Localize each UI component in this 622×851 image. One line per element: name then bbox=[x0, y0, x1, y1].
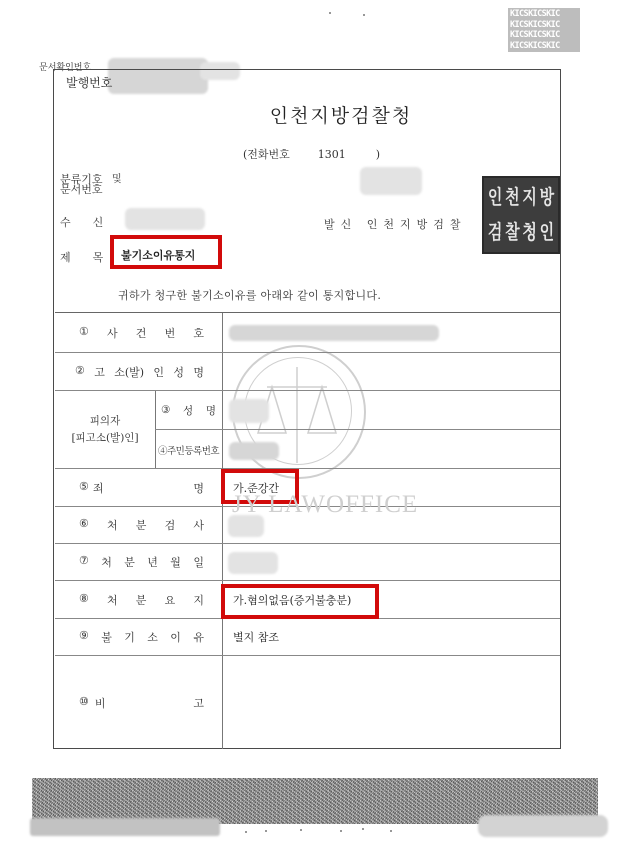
notice-table: ① 사 건 번 호 ② 고 소(발) 인 성 명 피의자 [피고소(발)인] ③ bbox=[55, 312, 560, 748]
row-label-char: 명 bbox=[193, 364, 204, 380]
row-label-char: 고 bbox=[193, 695, 204, 711]
row-label-char: ⑥ bbox=[79, 517, 89, 533]
column-divider bbox=[222, 391, 223, 429]
recipient-label-char: 신 bbox=[93, 216, 104, 229]
row-label-char: 년 bbox=[147, 554, 158, 570]
column-divider bbox=[222, 656, 223, 749]
phone-number: 1301 bbox=[318, 148, 346, 161]
scan-speck bbox=[390, 830, 392, 832]
row-label: ⑨ 불 기 소 이 유 bbox=[55, 619, 222, 655]
row-label-char: 비 bbox=[95, 695, 106, 711]
seal-char: 검 bbox=[487, 210, 503, 254]
scan-speck bbox=[363, 14, 365, 16]
scan-speck bbox=[300, 829, 302, 831]
table-row-disposition-summary: ⑧ 처 분 요 지 가.혐의없음(증거불충분) bbox=[55, 581, 560, 619]
table-row-complainant-name: ② 고 소(발) 인 성 명 bbox=[55, 353, 560, 391]
row-label-char: 분 bbox=[136, 592, 147, 608]
row-label-char: ① bbox=[79, 325, 89, 341]
row-label-char: 고 bbox=[94, 364, 105, 380]
suspect-label-line1: 피의자 bbox=[90, 413, 120, 430]
redacted-classification-number bbox=[360, 167, 422, 195]
row-label-char: 처 bbox=[107, 517, 118, 533]
column-divider bbox=[222, 430, 223, 469]
row-label: ⑥ 처 분 검 사 bbox=[55, 507, 222, 543]
row-label-char: ⑧ bbox=[79, 592, 89, 608]
classification-label-line2: 문서번호 bbox=[60, 185, 103, 195]
subject-label-char: 제 bbox=[60, 251, 71, 264]
row-label-char: 죄 bbox=[93, 480, 104, 496]
row-label: ⑤ 죄 명 bbox=[55, 469, 222, 506]
seal-char: 찰 bbox=[504, 210, 520, 254]
table-row-suspect: 피의자 [피고소(발)인] ③ 성 명 ④주민등록번호 bbox=[55, 391, 560, 469]
redacted-id-number bbox=[229, 442, 279, 460]
table-row-non-prosecution-reason: ⑨ 불 기 소 이 유 별지 참조 bbox=[55, 619, 560, 656]
recipient-label-char: 수 bbox=[60, 216, 71, 229]
column-divider bbox=[222, 619, 223, 655]
row-label-char: ③ bbox=[161, 404, 170, 416]
seal-char: 청 bbox=[522, 210, 538, 254]
column-divider bbox=[222, 313, 223, 352]
row-label-char: 명 bbox=[193, 480, 204, 496]
row-label-char: ⑩ bbox=[79, 695, 89, 711]
suspect-sub-row-id-number: ④주민등록번호 bbox=[155, 430, 560, 469]
row-label-char: 분 bbox=[124, 554, 135, 570]
row-label-char: 요 bbox=[165, 592, 176, 608]
row-label-char: 호 bbox=[193, 325, 204, 341]
row-label: ⑦ 처 분 년 월 일 bbox=[55, 544, 222, 580]
row-label-char: 성 bbox=[173, 364, 184, 380]
row-label-char: 검 bbox=[165, 517, 176, 533]
suspect-group-label: 피의자 [피고소(발)인] bbox=[55, 391, 156, 468]
disposition-highlight-box bbox=[221, 584, 379, 619]
scan-speck bbox=[245, 831, 247, 833]
row-label-char: 월 bbox=[170, 554, 181, 570]
subject-label: 제목 bbox=[60, 249, 103, 265]
row-label: ② 고 소(발) 인 성 명 bbox=[55, 353, 222, 390]
scan-speck bbox=[329, 12, 331, 14]
row-label: ⑧ 처 분 요 지 bbox=[55, 581, 222, 618]
row-label-char: 사 bbox=[107, 325, 118, 341]
phone-number-line: (전화번호1301) bbox=[243, 146, 380, 162]
scan-speck bbox=[362, 828, 364, 830]
redacted-suspect-name bbox=[229, 399, 269, 423]
column-divider bbox=[222, 507, 223, 543]
row-label-char: ⑤ bbox=[79, 480, 89, 496]
kics-watermark: KICSKICSKIC KICSKICSKIC KICSKICSKIC KICS… bbox=[508, 8, 580, 52]
column-divider bbox=[222, 544, 223, 580]
sender-line: 발신 인천지방검찰 bbox=[324, 216, 467, 232]
phone-label: (전화번호 bbox=[243, 148, 290, 161]
redacted-footer-right bbox=[478, 815, 608, 837]
redacted-footer-left bbox=[30, 818, 220, 836]
subject-label-char: 목 bbox=[93, 251, 104, 264]
phone-close-paren: ) bbox=[376, 148, 380, 161]
scan-speck bbox=[340, 830, 342, 832]
table-row-remarks: ⑩ 비 고 bbox=[55, 656, 560, 749]
sub-row-label: ④주민등록번호 bbox=[155, 430, 222, 469]
watermark-text: JY LAWOFFICE bbox=[232, 491, 418, 519]
row-label-char: 소(발) bbox=[114, 364, 144, 380]
row-label-char: 불 bbox=[101, 629, 112, 645]
kics-row: KICSKICSKIC bbox=[510, 20, 580, 31]
row-label-char: 처 bbox=[107, 592, 118, 608]
row-label-char: 일 bbox=[193, 554, 204, 570]
classification-and: 및 bbox=[112, 175, 122, 185]
subject-value: 불기소이유통지 bbox=[121, 247, 195, 263]
table-row-case-number: ① 사 건 번 호 bbox=[55, 313, 560, 353]
official-seal-stamp: 인 천 지 방 검 찰 청 인 bbox=[482, 176, 560, 254]
seal-char: 인 bbox=[539, 210, 555, 254]
kics-row: KICSKICSKIC bbox=[510, 9, 580, 20]
table-row-disposition-date: ⑦ 처 분 년 월 일 bbox=[55, 544, 560, 581]
row-label-char: ② bbox=[75, 364, 85, 380]
scan-speck bbox=[265, 830, 267, 832]
row-label-char: 사 bbox=[193, 517, 204, 533]
suspect-sub-row-name: ③ 성 명 bbox=[155, 391, 560, 430]
row-label-char: 지 bbox=[193, 592, 204, 608]
row-label-char: 성 bbox=[183, 403, 193, 418]
classification-label: 분류기호 문서번호 및 bbox=[60, 175, 103, 195]
row-label-char: ⑦ bbox=[79, 554, 89, 570]
row-label-char: 기 bbox=[124, 629, 135, 645]
redacted-recipient bbox=[125, 208, 205, 230]
row-label-char: ⑨ bbox=[79, 629, 89, 645]
sub-row-label: ③ 성 명 bbox=[155, 391, 222, 429]
row-label-char: 소 bbox=[147, 629, 158, 645]
kics-row: KICSKICSKIC bbox=[510, 41, 580, 52]
row-label-char: 이 bbox=[170, 629, 181, 645]
column-divider bbox=[222, 353, 223, 390]
issue-number-label: 발행번호 bbox=[66, 74, 112, 91]
suspect-label-line2: [피고소(발)인] bbox=[71, 430, 138, 447]
redacted-case-number bbox=[229, 325, 439, 341]
row-label: ⑩ 비 고 bbox=[55, 656, 222, 749]
agency-title: 인천지방검찰청 bbox=[0, 101, 622, 128]
kics-row: KICSKICSKIC bbox=[510, 30, 580, 41]
non-prosecution-reason-value: 별지 참조 bbox=[233, 619, 279, 655]
row-label-char: 인 bbox=[153, 364, 164, 380]
redacted-disposition-date bbox=[228, 552, 278, 574]
row-label-char: 분 bbox=[136, 517, 147, 533]
row-label-char: 명 bbox=[206, 403, 216, 418]
row-label-char: 처 bbox=[101, 554, 112, 570]
recipient-label: 수신 bbox=[60, 214, 103, 230]
notice-sentence: 귀하가 청구한 불기소이유를 아래와 같이 통지합니다. bbox=[118, 287, 381, 303]
row-label-char: 번 bbox=[165, 325, 176, 341]
row-label: ① 사 건 번 호 bbox=[55, 313, 222, 352]
row-label-char: 건 bbox=[136, 325, 147, 341]
row-label-char: 유 bbox=[193, 629, 204, 645]
